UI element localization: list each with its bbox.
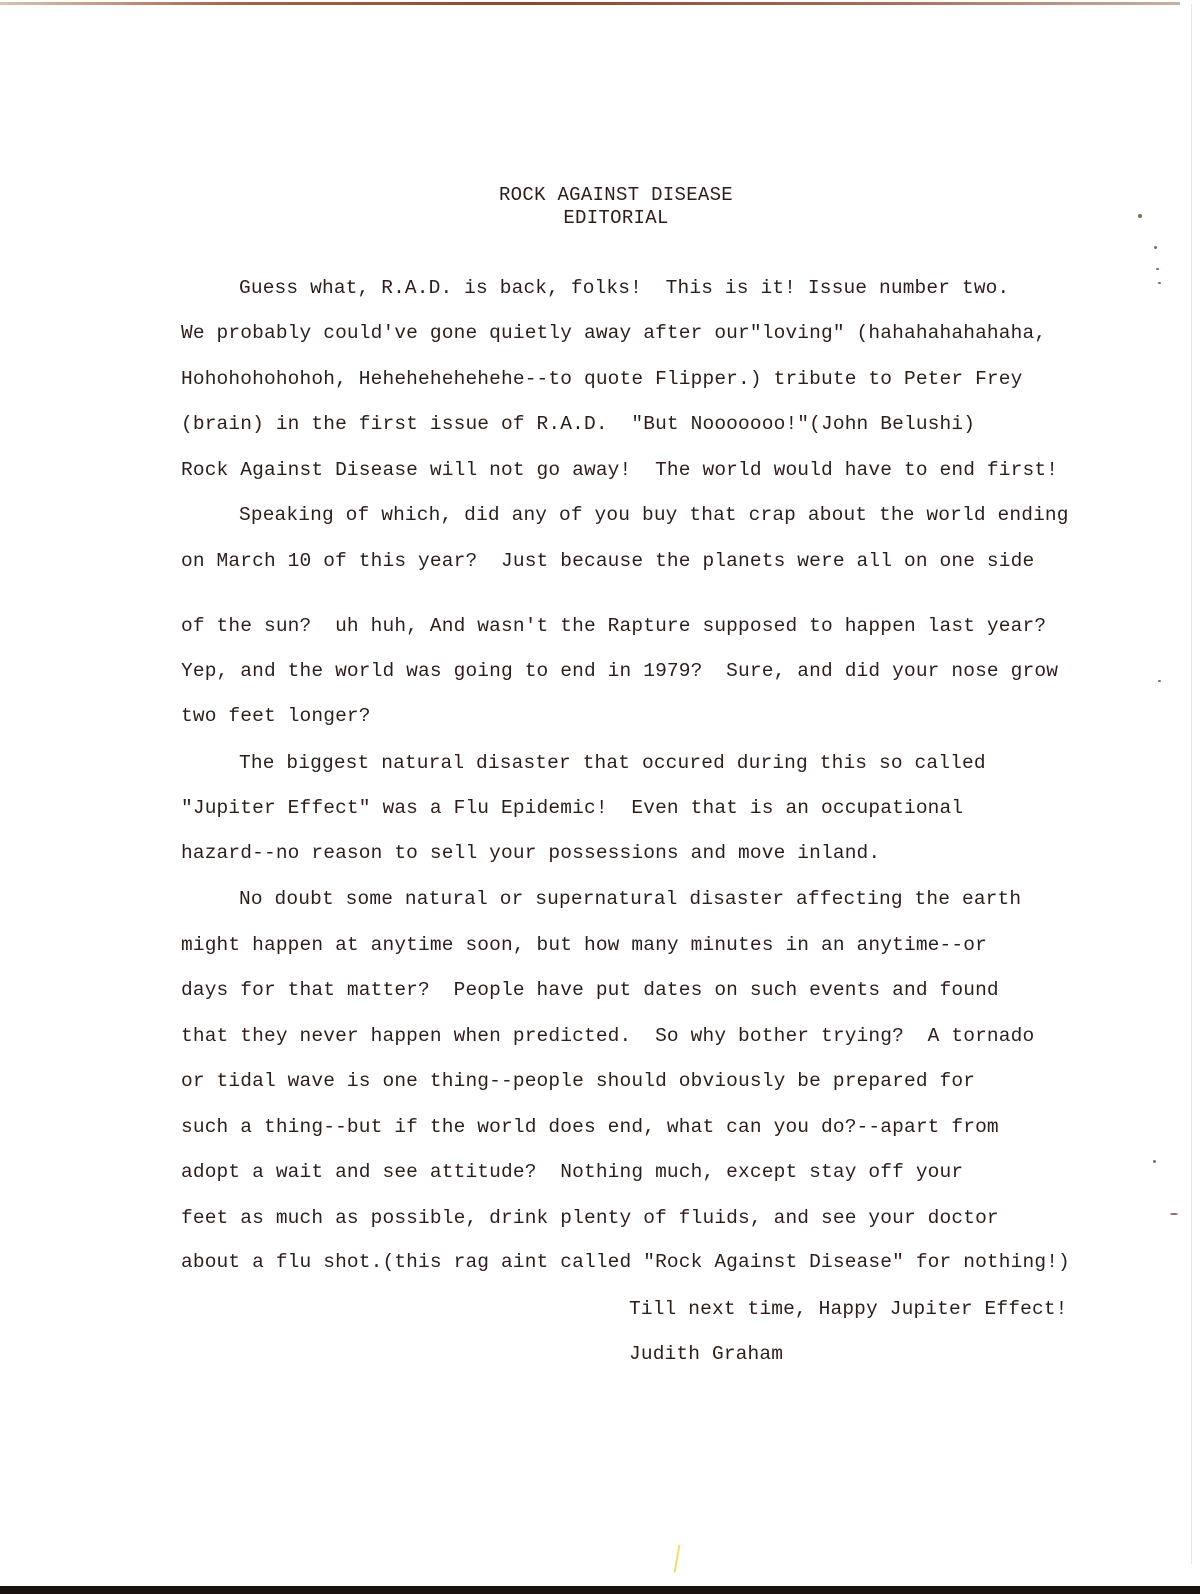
body-line: two feet longer? <box>181 705 371 727</box>
body-line: on March 10 of this year? Just because t… <box>181 550 1034 572</box>
margin-speck <box>1158 680 1161 682</box>
margin-speck <box>1153 1160 1156 1163</box>
body-line: or tidal wave is one thing--people shoul… <box>181 1070 975 1092</box>
margin-speck <box>1156 268 1159 270</box>
body-line: Speaking of which, did any of you buy th… <box>239 504 1069 526</box>
body-line: about a flu shot.(this rag aint called "… <box>181 1251 1070 1273</box>
body-line: Guess what, R.A.D. is back, folks! This … <box>239 277 1009 299</box>
body-line: "Jupiter Effect" was a Flu Epidemic! Eve… <box>181 797 963 819</box>
body-line: days for that matter? People have put da… <box>181 979 999 1001</box>
body-line: of the sun? uh huh, And wasn't the Raptu… <box>181 615 1046 637</box>
margin-speck <box>1158 282 1161 284</box>
yellow-stain-mark <box>674 1545 684 1573</box>
margin-speck <box>1154 246 1157 249</box>
body-line: We probably could've gone quietly away a… <box>181 322 1046 344</box>
body-line: such a thing--but if the world does end,… <box>181 1116 999 1138</box>
margin-speck <box>1170 1213 1178 1215</box>
paper-right-edge <box>1191 4 1192 1564</box>
body-line: feet as much as possible, drink plenty o… <box>181 1207 999 1229</box>
body-line: The biggest natural disaster that occure… <box>239 752 986 774</box>
body-line: Yep, and the world was going to end in 1… <box>181 660 1058 682</box>
body-line: Rock Against Disease will not go away! T… <box>181 459 1058 481</box>
body-line: adopt a wait and see attitude? Nothing m… <box>181 1161 963 1183</box>
closing-line: Till next time, Happy Jupiter Effect! <box>629 1298 1068 1320</box>
body-line: might happen at anytime soon, but how ma… <box>181 934 987 956</box>
document-title: ROCK AGAINST DISEASE <box>0 184 1200 206</box>
body-line: that they never happen when predicted. S… <box>181 1025 1034 1047</box>
scanned-page: ROCK AGAINST DISEASE EDITORIAL Guess wha… <box>0 0 1200 1594</box>
body-line: (brain) in the first issue of R.A.D. "Bu… <box>181 413 975 435</box>
body-line: No doubt some natural or supernatural di… <box>239 888 1021 910</box>
paper-top-edge <box>0 2 1180 5</box>
body-line: hazard--no reason to sell your possessio… <box>181 842 880 864</box>
signature: Judith Graham <box>629 1343 783 1365</box>
scan-bottom-border <box>0 1586 1200 1594</box>
document-subtitle: EDITORIAL <box>0 207 1200 229</box>
body-line: Hohohohohohoh, Hehehehehehehe--to quote … <box>181 368 1023 390</box>
